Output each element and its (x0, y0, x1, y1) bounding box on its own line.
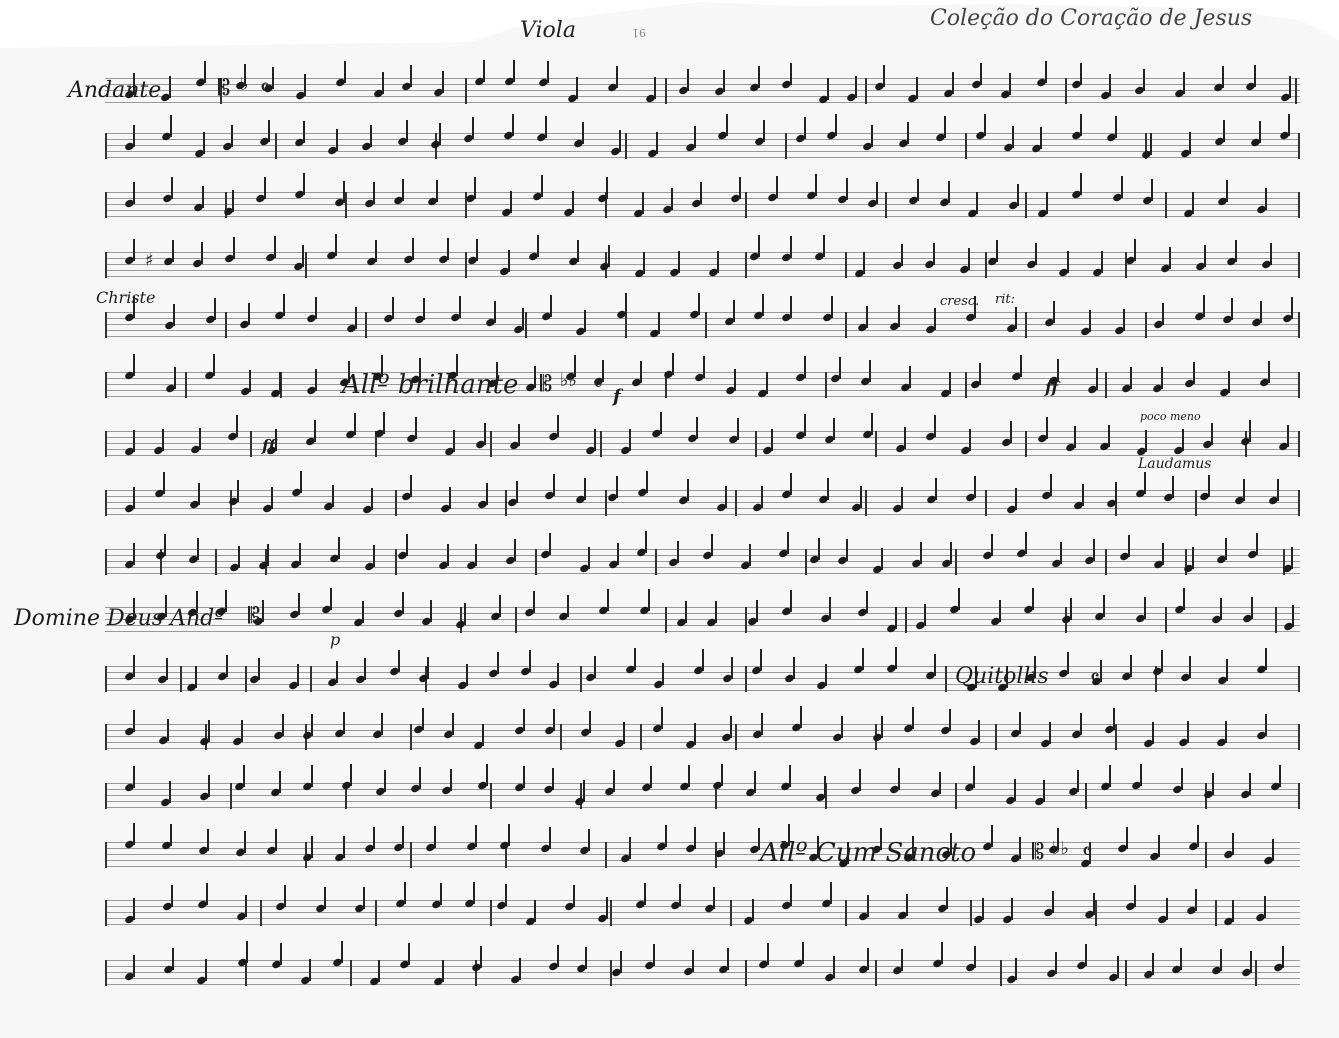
note-stem (453, 430, 455, 452)
note-stem (513, 60, 515, 82)
note-stem (267, 544, 269, 566)
note-stem (749, 544, 751, 566)
note-stem (934, 308, 936, 330)
note-stem (577, 240, 579, 262)
note-stem (863, 252, 865, 274)
note-stem (1270, 243, 1272, 265)
note-stem (804, 117, 806, 139)
note-stem (1050, 474, 1052, 496)
note-stem (827, 78, 829, 100)
note-stem (1265, 648, 1267, 670)
note-stem (752, 899, 754, 921)
note-stem (309, 959, 311, 981)
note-stem (436, 180, 438, 202)
note-stem (133, 898, 135, 920)
section-laudamus: Laudamus (1138, 456, 1211, 472)
note-stem (588, 547, 590, 569)
note-stem (338, 537, 340, 559)
note-stem (475, 825, 477, 847)
staff-6 (105, 372, 1300, 398)
note-stem (406, 120, 408, 142)
note-stem (642, 192, 644, 214)
note-stem (300, 471, 302, 493)
note-stem (1019, 837, 1021, 859)
note-stem (473, 882, 475, 904)
note-stem (973, 766, 975, 788)
note-stem (606, 177, 608, 199)
note-stem (303, 173, 305, 195)
note-stem (876, 182, 878, 204)
note-stem (362, 601, 364, 623)
note-stem (298, 593, 300, 615)
note-stem (1203, 295, 1205, 317)
note-stem (949, 372, 951, 394)
note-stem (534, 900, 536, 922)
note-stem (303, 121, 305, 143)
note-stem (335, 234, 337, 256)
note-stem (1011, 898, 1013, 920)
note-stem (430, 600, 432, 622)
note-stem (1169, 247, 1171, 269)
note-stem (533, 591, 535, 613)
note-stem (475, 544, 477, 566)
note-stem (790, 590, 792, 612)
note-stem (895, 607, 897, 629)
note-stem (790, 296, 792, 318)
note-stem (381, 713, 383, 735)
note-stem (314, 420, 316, 442)
note-stem (1223, 120, 1225, 142)
note-stem (867, 948, 869, 970)
note-stem (1152, 722, 1154, 744)
note-stem (534, 366, 536, 388)
note-stem (643, 252, 645, 274)
note-stem (373, 182, 375, 204)
note-stem (484, 423, 486, 445)
note-stem (694, 827, 696, 849)
note-stem (679, 884, 681, 906)
note-stem (1070, 598, 1072, 620)
note-stem (423, 298, 425, 320)
note-stem (330, 588, 332, 610)
note-stem (1181, 768, 1183, 790)
note-stem (731, 657, 733, 679)
note-stem (1232, 900, 1234, 922)
note-stem (950, 542, 952, 564)
note-stem (1272, 839, 1274, 861)
note-stem (133, 955, 135, 977)
note-stem (402, 179, 404, 201)
note-stem (1115, 116, 1117, 138)
note-stem (1220, 949, 1222, 971)
note-stem (694, 126, 696, 148)
note-stem (1249, 773, 1251, 795)
note-stem (133, 655, 135, 677)
note-stem (553, 474, 555, 496)
note-stem (1250, 951, 1252, 973)
note-stem (906, 894, 908, 916)
note-stem (171, 885, 173, 907)
note-stem (860, 486, 862, 508)
note-stem (1082, 484, 1084, 506)
note-stem (315, 369, 317, 391)
note-stem (948, 181, 950, 203)
note-stem (284, 885, 286, 907)
note-stem (1291, 297, 1293, 319)
note-stem (660, 412, 662, 434)
note-stem (909, 366, 911, 388)
note-stem (163, 472, 165, 494)
note-stem (833, 956, 835, 978)
note-stem (1126, 827, 1128, 849)
note-stem (1046, 192, 1048, 214)
note-stem (952, 72, 954, 94)
note-stem (162, 429, 164, 451)
note-stem (567, 595, 569, 617)
note-stem (199, 428, 201, 450)
note-stem (1204, 245, 1206, 267)
note-stem (727, 948, 729, 970)
note-stem (1277, 479, 1279, 501)
note-stem (410, 475, 412, 497)
note-stem (419, 767, 421, 789)
note-stem (623, 722, 625, 744)
note-stem (665, 825, 667, 847)
note-stem (442, 71, 444, 93)
note-stem (862, 648, 864, 670)
note-stem (1053, 301, 1055, 323)
note-stem (474, 177, 476, 199)
note-stem (557, 415, 559, 437)
note-stem (280, 943, 282, 965)
note-stem (324, 887, 326, 909)
note-stem (1172, 476, 1174, 498)
note-stem (523, 709, 525, 731)
note-stem (984, 114, 986, 136)
note-stem (392, 297, 394, 319)
note-stem (713, 887, 715, 909)
note-stem (1014, 779, 1016, 801)
note-stem (248, 303, 250, 325)
staff-8 (105, 490, 1300, 516)
staff-7 (105, 431, 1300, 457)
note-stem (370, 125, 372, 147)
note-stem (1103, 595, 1105, 617)
note-stem (871, 413, 873, 435)
note-stem (616, 66, 618, 88)
note-stem (700, 182, 702, 204)
staff-2 (105, 133, 1300, 159)
sharp-icon: ♯ (145, 250, 154, 271)
note-stem (1189, 656, 1191, 678)
note-stem (519, 958, 521, 980)
note-stem (594, 656, 596, 678)
note-stem (472, 117, 474, 139)
note-stem (790, 236, 792, 258)
note-stem (408, 943, 410, 965)
note-stem (231, 125, 233, 147)
note-stem (608, 245, 610, 267)
note-stem (824, 776, 826, 798)
note-stem (195, 666, 197, 688)
note-stem (968, 248, 970, 270)
note-stem (197, 538, 199, 560)
note-stem (1265, 188, 1267, 210)
note-stem (512, 114, 514, 136)
note-stem (133, 182, 135, 204)
note-stem (271, 487, 273, 509)
note-stem (1077, 770, 1079, 792)
note-stem (173, 304, 175, 326)
note-stem (510, 191, 512, 213)
note-stem (573, 885, 575, 907)
note-stem (584, 310, 586, 332)
note-stem (499, 595, 501, 617)
note-stem (364, 658, 366, 680)
note-stem (1015, 307, 1017, 329)
note-stem (1225, 721, 1227, 743)
note-stem (978, 720, 980, 742)
note-stem (427, 657, 429, 679)
note-stem (1222, 66, 1224, 88)
note-stem (508, 824, 510, 846)
note-stem (1256, 533, 1258, 555)
note-stem (761, 713, 763, 735)
note-stem (1151, 179, 1153, 201)
note-stem (375, 240, 377, 262)
note-stem (582, 122, 584, 144)
note-stem (734, 369, 736, 391)
note-stem (1117, 956, 1119, 978)
note-stem (225, 590, 227, 612)
note-stem (214, 298, 216, 320)
note-stem (949, 709, 951, 731)
note-stem (739, 177, 741, 199)
note-stem (1150, 133, 1152, 155)
note-stem (1074, 426, 1076, 448)
note-stem (917, 179, 919, 201)
staff-5 (105, 312, 1300, 338)
section-christe: Christe (96, 288, 155, 307)
note-stem (883, 65, 885, 87)
note-stem (371, 488, 373, 510)
note-stem (549, 827, 551, 849)
note-stem (1109, 765, 1111, 787)
note-stem (790, 63, 792, 85)
note-stem (382, 72, 384, 94)
note-stem (576, 77, 578, 99)
note-stem (207, 829, 209, 851)
note-stem (476, 239, 478, 261)
note-stem (648, 589, 650, 611)
note-stem (640, 361, 642, 383)
note-stem (924, 604, 926, 626)
note-stem (1085, 944, 1087, 966)
note-stem (1020, 355, 1022, 377)
note-stem (1287, 425, 1289, 447)
note-stem (341, 941, 343, 963)
note-stem (760, 649, 762, 671)
note-stem (133, 543, 135, 565)
note-stem (607, 589, 609, 611)
note-stem (406, 534, 408, 556)
note-stem (859, 769, 861, 791)
note-stem (553, 709, 555, 731)
note-stem (646, 471, 648, 493)
note-stem (634, 648, 636, 670)
note-stem (275, 829, 277, 851)
note-stem (702, 649, 704, 671)
note-stem (935, 478, 937, 500)
note-stem (336, 129, 338, 151)
note-stem (1010, 421, 1012, 443)
note-stem (537, 235, 539, 257)
note-stem (1015, 488, 1017, 510)
common-time-icon: 𝄴 (1082, 840, 1092, 865)
note-stem (662, 663, 664, 685)
note-stem (518, 424, 520, 446)
note-stem (1043, 780, 1045, 802)
note-stem (1291, 547, 1293, 569)
note-stem (311, 836, 313, 858)
note-stem (999, 600, 1001, 622)
alto-clef-icon: 𝄡 (540, 372, 552, 397)
note-stem (1180, 948, 1182, 970)
note-stem (350, 764, 352, 786)
note-stem (754, 771, 756, 793)
note-stem (486, 483, 488, 505)
note-stem (1260, 301, 1262, 323)
note-stem (1162, 303, 1164, 325)
note-stem (761, 486, 763, 508)
note-stem (1134, 239, 1136, 261)
note-stem (827, 478, 829, 500)
note-stem (881, 716, 883, 738)
note-stem (737, 418, 739, 440)
note-stem (1115, 482, 1117, 504)
note-stem (402, 592, 404, 614)
note-stem (1093, 893, 1095, 915)
note-stem (920, 542, 922, 564)
staff-16 (105, 960, 1300, 986)
note-stem (1080, 173, 1082, 195)
note-stem (1254, 65, 1256, 87)
note-stem (1249, 420, 1251, 442)
note-stem (311, 765, 313, 787)
note-stem (583, 780, 585, 802)
note-stem (763, 120, 765, 142)
note-stem (1152, 953, 1154, 975)
note-stem (907, 122, 909, 144)
note-stem (711, 534, 713, 556)
note-stem (1093, 539, 1095, 561)
note-stem (202, 186, 204, 208)
alto-clef-icon: 𝄡 (1032, 840, 1044, 865)
note-stem (243, 765, 245, 787)
dynamic-p: p (330, 630, 340, 649)
note-stem (486, 764, 488, 786)
note-stem (871, 125, 873, 147)
staff-11 (105, 666, 1300, 692)
note-stem (996, 240, 998, 262)
note-stem (233, 237, 235, 259)
note-stem (363, 887, 365, 909)
note-stem (547, 61, 549, 83)
note-stem (991, 825, 993, 847)
annotation-cresc: cresc. (940, 294, 979, 309)
staff-10 (105, 607, 1300, 633)
note-stem (274, 236, 276, 258)
note-stem (198, 483, 200, 505)
note-stem (762, 294, 764, 316)
note-stem (172, 240, 174, 262)
note-stem (133, 354, 135, 376)
note-stem (625, 293, 627, 315)
note-stem (1049, 722, 1051, 744)
note-stem (1143, 69, 1145, 91)
note-stem (283, 294, 285, 316)
note-stem (434, 826, 436, 848)
note-stem (946, 887, 948, 909)
note-stem (442, 960, 444, 982)
note-stem (549, 533, 551, 555)
note-stem (201, 242, 203, 264)
common-time-icon: 𝄴 (260, 76, 270, 101)
note-stem (459, 296, 461, 318)
note-stem (790, 884, 792, 906)
note-stem (258, 658, 260, 680)
note-stem (823, 235, 825, 257)
note-stem (1161, 367, 1163, 389)
note-stem (717, 251, 719, 273)
note-stem (450, 769, 452, 791)
note-stem (619, 130, 621, 152)
note-stem (589, 711, 591, 733)
note-stem (332, 485, 334, 507)
note-stem (661, 707, 663, 729)
note-stem (1067, 652, 1069, 674)
note-stem (440, 883, 442, 905)
note-stem (721, 764, 723, 786)
dynamic-ff: ff (262, 436, 275, 455)
note-stem (315, 297, 317, 319)
note-stem (1089, 310, 1091, 332)
note-stem (398, 650, 400, 672)
note-stem (1226, 180, 1228, 202)
note-stem (1211, 423, 1213, 445)
note-stem (447, 544, 449, 566)
note-stem (133, 823, 135, 845)
note-stem (866, 591, 868, 613)
note-stem (974, 476, 976, 498)
staff-12 (105, 724, 1300, 750)
note-stem (692, 950, 694, 972)
note-stem (758, 235, 760, 257)
note-stem (1121, 176, 1123, 198)
note-stem (855, 76, 857, 98)
note-stem (787, 532, 789, 554)
note-stem (1060, 542, 1062, 564)
note-stem (866, 306, 868, 328)
note-stem (898, 305, 900, 327)
note-stem (232, 190, 234, 212)
note-stem (733, 300, 735, 322)
note-stem (133, 766, 135, 788)
note-stem (1128, 535, 1130, 557)
note-stem (133, 487, 135, 509)
note-stem (677, 541, 679, 563)
note-stem (171, 177, 173, 199)
